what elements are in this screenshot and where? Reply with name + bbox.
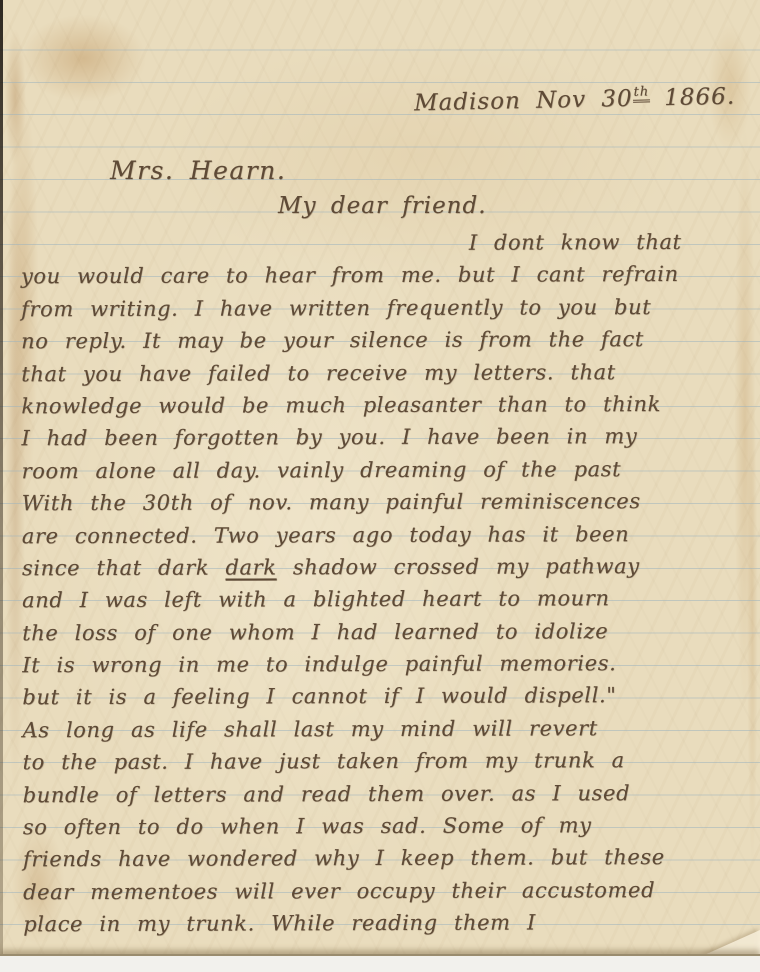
letter-line: place in my trunk. While reading them I <box>23 906 747 941</box>
letter-line: so often to do when I was sad. Some of m… <box>23 809 747 844</box>
corner-fold <box>702 930 760 956</box>
dateline: Madison Nov 30th1866. <box>414 83 736 117</box>
salutation-name: Mrs. Hearn. <box>110 156 286 185</box>
line-segment: shadow crossed my pathway <box>277 554 640 579</box>
letter-line: no reply. It may be your silence is from… <box>21 323 745 358</box>
dateline-ordinal: th <box>632 84 650 102</box>
letter-line: are connected. Two years ago today has i… <box>22 517 746 552</box>
scan-background-strip <box>0 954 760 972</box>
letter-line: I had been forgotten by you. I have been… <box>21 420 745 455</box>
scan-edge-shadow <box>0 0 3 972</box>
letter-line: It is wrong in me to indulge painful mem… <box>22 647 746 682</box>
letter-line: you would care to hear from me. but I ca… <box>21 258 745 293</box>
line-segment: since that dark <box>22 555 226 580</box>
dateline-place-date: Madison Nov 30 <box>414 86 633 117</box>
letter-line: I dont know that <box>21 226 745 261</box>
letter-line: dear mementoes will ever occupy their ac… <box>23 874 747 909</box>
underlined-word: dark <box>225 555 276 579</box>
letter-line: bundle of letters and read them over. as… <box>23 776 747 811</box>
letter-line: As long as life shall last my mind will … <box>22 712 746 747</box>
letter-line: With the 30th of nov. many painful remin… <box>22 485 746 520</box>
letter-line: since that dark dark shadow crossed my p… <box>22 550 746 585</box>
letter-line: but it is a feeling I cannot if I would … <box>22 679 746 714</box>
letter-line: from writing. I have written frequently … <box>21 291 745 326</box>
salutation-greeting: My dear friend. <box>278 193 487 219</box>
letter-body: I dont know that you would care to hear … <box>21 226 747 941</box>
letter-line: and I was left with a blighted heart to … <box>22 582 746 617</box>
dateline-year: 1866. <box>664 84 735 111</box>
scanned-letter-page: Madison Nov 30th1866. Mrs. Hearn. My dea… <box>0 0 760 972</box>
letter-line: to the past. I have just taken from my t… <box>23 744 747 779</box>
letter-line: knowledge would be much pleasanter than … <box>21 388 745 423</box>
letter-line: room alone all day. vainly dreaming of t… <box>22 452 746 487</box>
letter-line: that you have failed to receive my lette… <box>21 355 745 390</box>
letter-line: the loss of one whom I had learned to id… <box>22 614 746 649</box>
letter-line: friends have wondered why I keep them. b… <box>23 841 747 876</box>
